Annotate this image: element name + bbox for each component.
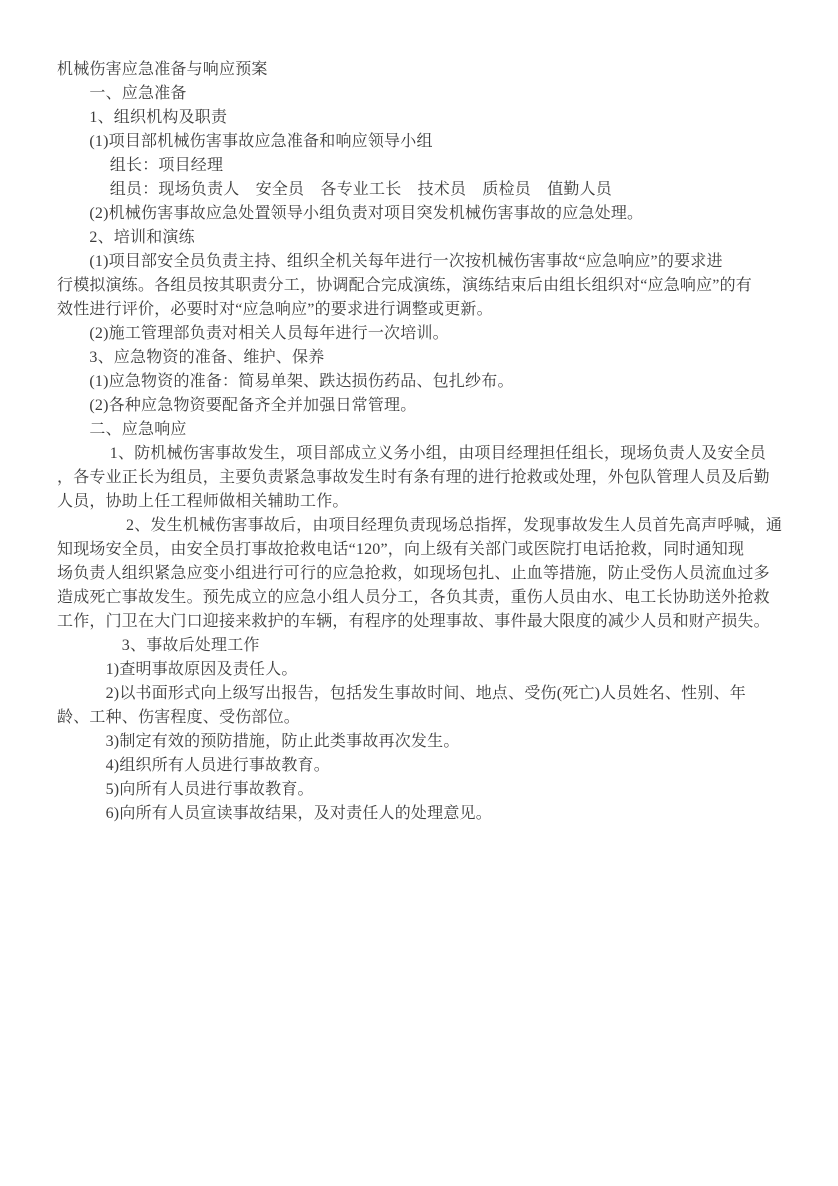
- text-line-21: 场负责人组织紧急应变小组进行可行的应急抢救，如现场包扎、止血等措施，防止受伤人员…: [57, 562, 790, 586]
- text-line-11: (2)施工管理部负责对相关人员每年进行一次培训。: [57, 322, 790, 346]
- text-line-22: 造成死亡事故发生。预先成立的应急小组人员分工，各负其责，重伤人员由水、电工长协助…: [57, 586, 790, 610]
- text-line-23: 工作，门卫在大门口迎接来救护的车辆，有程序的处理事故、事件最大限度的减少人员和财…: [57, 610, 790, 634]
- text-line-17: ，各专业正长为组员，主要负责紧急事故发生时有条有理的进行抢救或处理，外包队管理人…: [57, 466, 790, 490]
- text-line-6: (2)机械伤害事故应急处置领导小组负责对项目突发机械伤害事故的应急处理。: [57, 202, 790, 226]
- text-line-15: 二、应急响应: [57, 418, 790, 442]
- text-line-12: 3、应急物资的准备、维护、保养: [57, 346, 790, 370]
- text-line-26: 2)以书面形式向上级写出报告，包括发生事故时间、地点、受伤(死亡)人员姓名、性别…: [57, 682, 790, 706]
- text-line-7: 2、培训和演练: [57, 226, 790, 250]
- text-line-19: 2、发生机械伤害事故后，由项目经理负责现场总指挥，发现事故发生人员首先高声呼喊，…: [57, 514, 790, 538]
- text-line-30: 5)向所有人员进行事故教育。: [57, 778, 790, 802]
- text-line-31: 6)向所有人员宣读事故结果，及对责任人的处理意见。: [57, 802, 790, 826]
- text-line-5: 组员：现场负责人 安全员 各专业工长 技术员 质检员 值勤人员: [57, 178, 790, 202]
- text-line-20: 知现场安全员，由安全员打事故抢救电话“120”，向上级有关部门或医院打电话抢救，…: [57, 538, 790, 562]
- text-line-28: 3)制定有效的预防措施，防止此类事故再次发生。: [57, 730, 790, 754]
- text-line-14: (2)各种应急物资要配备齐全并加强日常管理。: [57, 394, 790, 418]
- text-line-24: 3、事故后处理工作: [57, 634, 790, 658]
- text-line-18: 人员，协助上任工程师做相关辅助工作。: [57, 490, 790, 514]
- document-body: 一、应急准备 1、组织机构及职责 (1)项目部机械伤害事故应急准备和响应领导小组…: [57, 82, 790, 826]
- text-line-29: 4)组织所有人员进行事故教育。: [57, 754, 790, 778]
- document-page: 机械伤害应急准备与响应预案 一、应急准备 1、组织机构及职责 (1)项目部机械伤…: [0, 0, 838, 1186]
- text-line-1: 一、应急准备: [57, 82, 790, 106]
- text-line-27: 龄、工种、伤害程度、受伤部位。: [57, 706, 790, 730]
- text-line-4: 组长：项目经理: [57, 154, 790, 178]
- text-line-3: (1)项目部机械伤害事故应急准备和响应领导小组: [57, 130, 790, 154]
- text-line-2: 1、组织机构及职责: [57, 106, 790, 130]
- document-title: 机械伤害应急准备与响应预案: [57, 58, 790, 82]
- text-line-25: 1)查明事故原因及责任人。: [57, 658, 790, 682]
- text-line-9: 行模拟演练。各组员按其职责分工，协调配合完成演练，演练结束后由组长组织对“应急响…: [57, 274, 790, 298]
- text-line-10: 效性进行评价，必要时对“应急响应”的要求进行调整或更新。: [57, 298, 790, 322]
- text-line-13: (1)应急物资的准备：简易单架、跌达损伤药品、包扎纱布。: [57, 370, 790, 394]
- text-line-16: 1、防机械伤害事故发生，项目部成立义务小组，由项目经理担任组长，现场负责人及安全…: [57, 442, 790, 466]
- text-line-8: (1)项目部安全员负责主持、组织全机关每年进行一次按机械伤害事故“应急响应”的要…: [57, 250, 790, 274]
